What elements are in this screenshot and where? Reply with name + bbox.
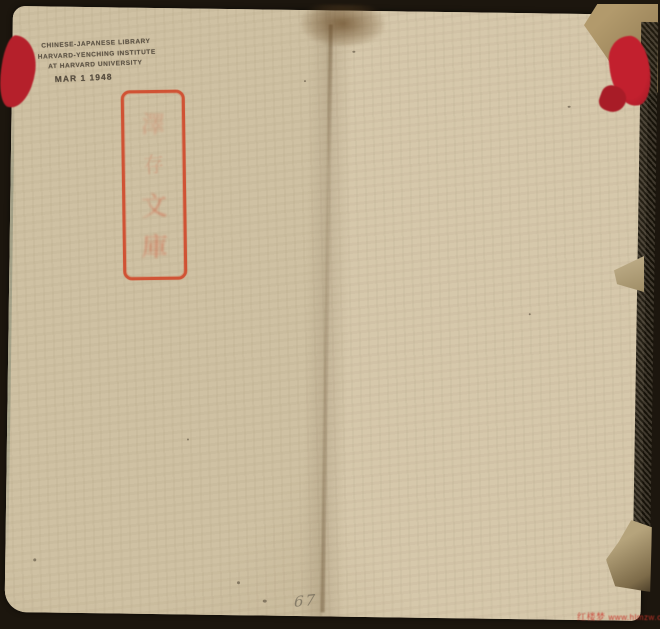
- watermark: 红楼梦www.hlmzw.com: [577, 610, 660, 623]
- red-collection-seal: 澤 存 文 庫: [121, 90, 188, 281]
- paper-speck: [304, 80, 306, 82]
- book-scan: CHINESE-JAPANESE LIBRARY HARVARD-YENCHIN…: [0, 0, 660, 629]
- paper-speck: [352, 51, 355, 53]
- seal-character: 文: [141, 192, 168, 219]
- paper-speck: [33, 558, 36, 561]
- paper-speck: [529, 313, 531, 315]
- library-stamp: CHINESE-JAPANESE LIBRARY HARVARD-YENCHIN…: [41, 36, 163, 84]
- seal-character: 存: [142, 153, 164, 175]
- book-leaf: [5, 6, 649, 621]
- pencil-annotation: 67: [294, 591, 318, 612]
- watermark-url: www.hlmzw.com: [609, 613, 660, 622]
- seal-character: 澤: [141, 111, 165, 135]
- paper-speck: [568, 106, 571, 108]
- paper-speck: [187, 438, 189, 440]
- gutter-stain: [300, 4, 385, 47]
- paper-speck: [237, 581, 240, 584]
- seal-character: 庫: [142, 233, 169, 260]
- paper-speck: [263, 600, 267, 603]
- watermark-site-name: 红楼梦: [577, 612, 606, 622]
